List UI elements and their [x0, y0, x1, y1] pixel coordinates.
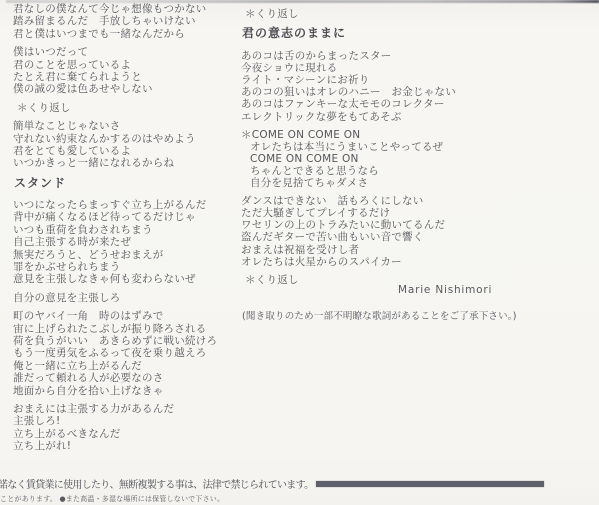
lyric-line: 君のことを思っているよ [13, 59, 249, 71]
lyric-line: ただ大騒ぎしてプレイするだけ [241, 207, 563, 219]
lyric-line: 君と僕はいつまでも一緒なんだから [13, 28, 249, 40]
stanza: ＊くり返し [17, 102, 249, 114]
lyric-line: エレクトリックな夢をもてあそぶ [241, 111, 563, 123]
stanza: 自分の意見を主張しろ [13, 292, 249, 304]
translator-credit: Marie Nishimori [398, 284, 492, 296]
stanza: ダンスはできない 話もろくにしないただ大騒ぎしてプレイするだけワセリンの上のトラ… [241, 195, 563, 268]
lyric-line: 立ち上がるべきなんだ [13, 428, 249, 440]
lyric-line: 荷を負うがいい あきらめずに戦い続けろ [13, 335, 249, 347]
lyric-line: ＊COME ON COME ON [250, 129, 563, 141]
lyric-line: 誰だって頼れる人が必要なのさ [13, 372, 249, 384]
lyric-line: 宙に上げられたこぶしが振り降ろされる [13, 323, 249, 335]
stanza: ＊くり返し [245, 8, 563, 20]
stanza: 僕はいつだって君のことを思っているよたとえ君に棄てられようと僕の誠の愛は色あせや… [13, 46, 249, 96]
lyric-line: 無実だろうと、どうせおまえが [13, 249, 249, 261]
lyric-line: 今夜ショウに現れる [241, 62, 563, 74]
lyric-line: あのコは舌のからまったスター [241, 50, 563, 62]
lyric-line: 君をとても愛しているよ [13, 145, 249, 157]
lyric-line: いつかきっと一緒になれるからね [13, 157, 249, 169]
lyric-line: あのコの狙いはオレのハニー お金じゃない [241, 86, 563, 98]
lyric-line: 君なしの僕なんて今じゃ想像もつかない [13, 3, 249, 15]
redaction-bar [316, 481, 544, 487]
lyric-line: 意見を主張しなきゃ何も変わらないぜ [13, 273, 249, 285]
lyric-line: 背中が痛くなるほど待ってるだけじゃ [13, 211, 249, 223]
lyric-line: 僕の誠の愛は色あせやしない [13, 83, 249, 95]
lyric-line: COME ON COME ON [250, 153, 563, 165]
lyric-line: 守れない約束なんかするのはやめよう [13, 133, 249, 145]
lyric-line: オレたちは火星からのスパイカー [241, 256, 563, 268]
lyric-line: いつも重荷を負わされちまう [13, 224, 249, 236]
song-title-heading: 君の意志のままに [242, 26, 563, 40]
lyric-line: 自分を見捨てちゃダメさ [250, 177, 563, 189]
lyric-line: 自分の意見を主張しろ [13, 292, 249, 304]
stanza: 簡単なことじゃないさ守れない約束なんかするのはやめよう君をとても愛しているよいつ… [13, 120, 249, 170]
lyric-line: ライト・マシーンにお祈り [241, 74, 563, 86]
stanza: ＊COME ON COME ONオレたちは本当にうまいことやってるぜCOME O… [241, 129, 563, 189]
lyric-line: 町のヤバイ一角 時のはずみで [13, 310, 249, 322]
lyric-line: 僕はいつだって [13, 46, 249, 58]
lyric-line: 盗んだギターで苦い曲もいい音で響く [241, 231, 563, 243]
stanza: いつになったらまっすぐ立ち上がるんだ背中が痛くなるほど待ってるだけじゃいつも重荷… [13, 199, 249, 286]
lyric-line: ＊くり返し [245, 8, 563, 20]
lyric-line: 踏み留まるんだ 手放しちゃいけない [13, 15, 249, 27]
lyrics-column-left: 君なしの僕なんて今じゃ想像もつかない踏み留まるんだ 手放しちゃいけない君と僕はい… [13, 3, 249, 459]
lyric-line: ワセリンの上のトラみたいに動いてるんだ [241, 219, 563, 231]
lyrics-column-right: ＊くり返し君の意志のままにあのコは舌のからまったスター今夜ショウに現れるライト・… [241, 8, 563, 292]
lyric-line: おまえは祝福を受けし者 [241, 244, 563, 256]
lyric-line: 罪をかぶせられちまう [13, 261, 249, 273]
lyric-line: たとえ君に棄てられようと [13, 71, 249, 83]
stanza: 町のヤバイ一角 時のはずみで宙に上げられたこぶしが振り降ろされる荷を負うがいい … [13, 310, 249, 397]
lyric-line: 俺と一緒に立ち上がるんだ [13, 360, 249, 372]
lyric-line: おまえには主張する力があるんだ [13, 403, 249, 415]
copyright-text: 諾なく賃貸業に使用したり、無断複製する事は、法律で禁じられています。 [0, 480, 313, 491]
transcription-note: (聞き取りのため一部不明瞭な歌詞があることをご了承下さい。) [242, 308, 517, 322]
lyric-line: 主張しろ! [13, 415, 249, 427]
lyric-line: いつになったらまっすぐ立ち上がるんだ [13, 199, 249, 211]
lyric-sheet: 君なしの僕なんて今じゃ想像もつかない踏み留まるんだ 手放しちゃいけない君と僕はい… [0, 0, 599, 505]
stanza: 君なしの僕なんて今じゃ想像もつかない踏み留まるんだ 手放しちゃいけない君と僕はい… [13, 3, 249, 40]
stanza: スタンド [13, 176, 249, 190]
lyric-line: 立ち上がれ! [13, 440, 249, 452]
stanza: 君の意志のままに [241, 26, 563, 40]
lyric-line: ダンスはできない 話もろくにしない [241, 195, 563, 207]
lyric-line: 自己主張する時が来たぜ [13, 236, 249, 248]
lyric-line: ＊くり返し [17, 102, 249, 114]
lyric-line: もう一度勇気をふるって夜を乗り越えろ [13, 347, 249, 359]
stanza: おまえには主張する力があるんだ主張しろ!立ち上がるべきなんだ立ち上がれ! [13, 403, 249, 453]
lyric-line: あのコはファンキーな太モモのコレクター [241, 98, 563, 110]
lyric-line: 簡単なことじゃないさ [13, 120, 249, 132]
lyric-line: ちゃんとできると思うなら [250, 165, 563, 177]
lyric-line: 地面から自分を拾い上げなきゃ [13, 385, 249, 397]
song-title-heading: スタンド [14, 176, 249, 190]
stanza: あのコは舌のからまったスター今夜ショウに現れるライト・マシーンにお祈りあのコの狙… [241, 50, 563, 123]
copyright-footer-line: 諾なく賃貸業に使用したり、無断複製する事は、法律で禁じられています。 [0, 476, 544, 491]
lyric-line: オレたちは本当にうまいことやってるぜ [250, 141, 563, 153]
care-instructions-text: ことがあります。 ●また高温・多湿な場所には保管しないで下さい。 [0, 494, 224, 504]
